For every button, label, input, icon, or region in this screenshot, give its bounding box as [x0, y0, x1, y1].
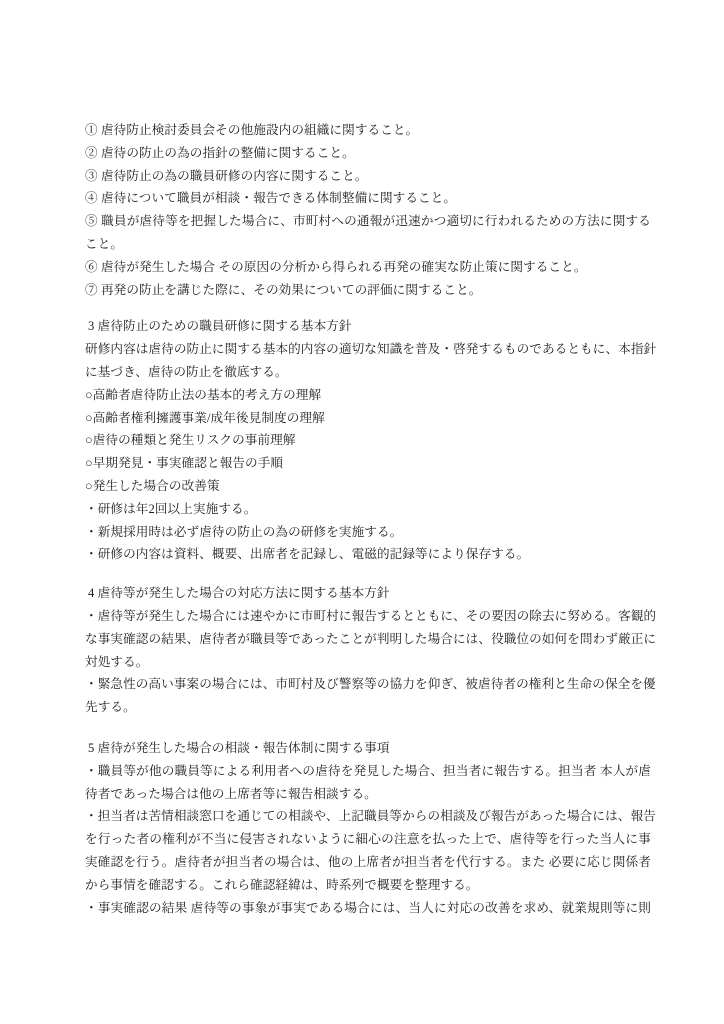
text-line: 先する。 [85, 696, 651, 719]
section-heading: 5 虐待が発生した場合の相談・報告体制に関する事項 [85, 737, 651, 760]
section-heading: 3 虐待防止のための職員研修に関する基本方針 [85, 315, 651, 338]
text-line: こと。 [85, 233, 651, 256]
circle-list-line: ○高齢者権利擁護事業/成年後見制度の理解 [85, 407, 651, 430]
text-line: を行った者の権利が不当に侵害されないように細心の注意を払った上で、虐待等を行った… [85, 828, 651, 851]
blank-separator [85, 566, 651, 582]
blank-separator [85, 719, 651, 737]
section-heading: 4 虐待等が発生した場合の対応方法に関する基本方針 [85, 582, 651, 605]
text-line: 対処する。 [85, 651, 651, 674]
bullet-list-line: ・虐待等が発生した場合には速やかに市町村に報告するとともに、その要因の除去に努め… [85, 605, 651, 628]
bullet-list-line: ・研修は年2回以上実施する。 [85, 498, 651, 521]
numbered-item-line: ② 虐待の防止の為の指針の整備に関すること。 [85, 142, 651, 165]
circle-list-line: ○早期発見・事実確認と報告の手順 [85, 452, 651, 475]
text-line: な事実確認の結果、虐待者が職員等であったことが判明した場合には、役職位の如何を問… [85, 628, 651, 651]
blank-separator [85, 301, 651, 315]
document-page: ① 虐待防止検討委員会その他施設内の組織に関すること。② 虐待の防止の為の指針の… [0, 0, 724, 1024]
numbered-item-line: ⑤ 職員が虐待等を把握した場合に、市町村への通報が迅速かつ適切に行われるための方… [85, 210, 651, 233]
text-line: 研修内容は虐待の防止に関する基本的内容の適切な知識を普及・啓発するものであるとも… [85, 338, 651, 361]
circle-list-line: ○虐待の種類と発生リスクの事前理解 [85, 429, 651, 452]
bullet-list-line: ・新規採用時は必ず虐待の防止の為の研修を実施する。 [85, 521, 651, 544]
text-line: 実確認を行う。虐待者が担当者の場合は、他の上席者が担当者を代行する。また 必要に… [85, 851, 651, 874]
bullet-list-line: ・担当者は苦情相談窓口を通じての相談や、上記職員等からの相談及び報告があった場合… [85, 805, 651, 828]
numbered-item-line: ④ 虐待について職員が相談・報告できる体制整備に関すること。 [85, 187, 651, 210]
text-line: から事情を確認する。これら確認経緯は、時系列で概要を整理する。 [85, 874, 651, 897]
numbered-item-line: ① 虐待防止検討委員会その他施設内の組織に関すること。 [85, 119, 651, 142]
bullet-list-line: ・研修の内容は資料、概要、出席者を記録し、電磁的記録等により保存する。 [85, 543, 651, 566]
bullet-list-line: ・職員等が他の職員等による利用者への虐待を発見した場合、担当者に報告する。担当者… [85, 760, 651, 783]
numbered-item-line: ③ 虐待防止の為の職員研修の内容に関すること。 [85, 165, 651, 188]
circle-list-line: ○発生した場合の改善策 [85, 475, 651, 498]
text-line: 待者であった場合は他の上席者等に報告相談する。 [85, 783, 651, 806]
numbered-item-line: ⑥ 虐待が発生した場合 その原因の分析から得られる再発の確実な防止策に関すること… [85, 256, 651, 279]
text-line: に基づき、虐待の防止を徹底する。 [85, 361, 651, 384]
circle-list-line: ○高齢者虐待防止法の基本的考え方の理解 [85, 384, 651, 407]
numbered-item-line: ⑦ 再発の防止を講じた際に、その効果についての評価に関すること。 [85, 279, 651, 302]
bullet-list-line: ・緊急性の高い事案の場合には、市町村及び警察等の協力を仰ぎ、被虐待者の権利と生命… [85, 673, 651, 696]
bullet-list-line: ・事実確認の結果 虐待等の事象が事実である場合には、当人に対応の改善を求め、就業… [85, 897, 651, 920]
document-body: ① 虐待防止検討委員会その他施設内の組織に関すること。② 虐待の防止の為の指針の… [85, 119, 651, 919]
